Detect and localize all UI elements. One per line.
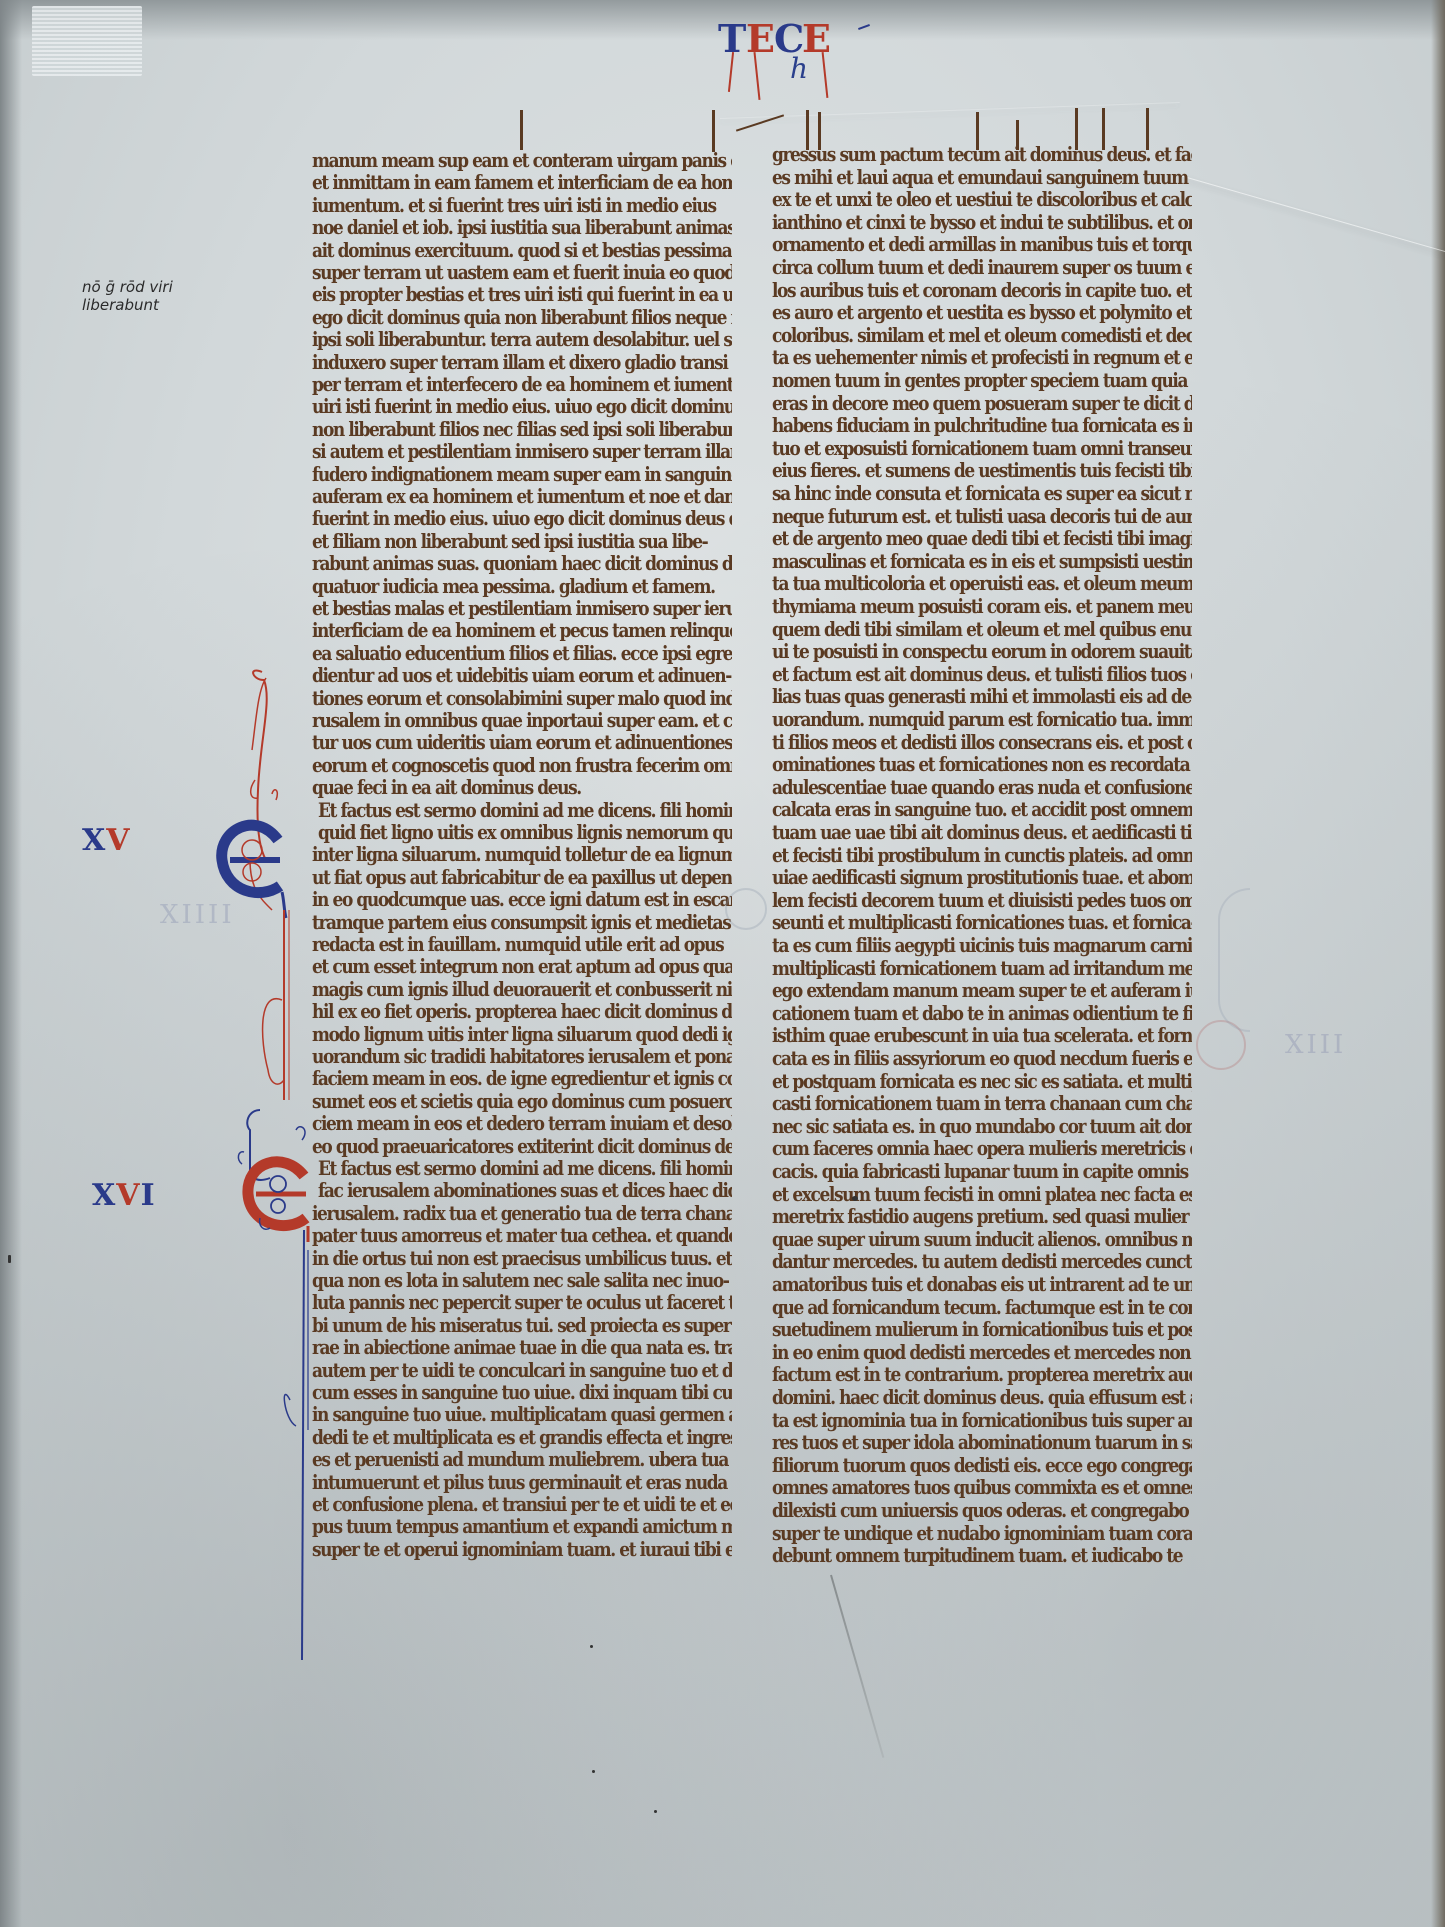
parchment-crease: [830, 1575, 884, 1758]
text-column-right: gressus sum pactum tecum ait dominus deu…: [772, 146, 1192, 1586]
page-left-edge: [0, 0, 22, 1927]
show-through-penwork: [1218, 888, 1250, 1032]
marginal-annotation: nō ḡ rōd viri liberabunt: [82, 278, 173, 314]
parchment-fold: [1180, 175, 1445, 253]
text-line: super te et operui ignominiam tuam. et i…: [312, 1539, 732, 1571]
text-line: debunt omnem turpitudinem tuam. et iudic…: [772, 1545, 1192, 1577]
running-head-subscript: h: [790, 52, 808, 85]
decorated-initial-e-xvi: [230, 1100, 330, 1660]
show-through-chapter-number: XIII: [1285, 1030, 1346, 1060]
chapter-number-xv: XV: [82, 823, 131, 858]
repair-patch: [32, 6, 142, 76]
text-column-left: manum meam sup eam et conteram uirgam pa…: [312, 152, 732, 1592]
running-head: T E C E h: [718, 20, 868, 100]
show-through-initial: [725, 888, 767, 930]
chapter-number-xvi: XVI: [92, 1178, 156, 1213]
parchment-fold: [720, 102, 1180, 119]
page-right-edge: [1431, 0, 1445, 1927]
manuscript-leaf: T E C E h nō ḡ rōd viri liberabunt manum…: [0, 0, 1445, 1927]
running-head-letter: E: [746, 20, 775, 58]
decorated-initial-e-xv: [200, 660, 320, 1100]
